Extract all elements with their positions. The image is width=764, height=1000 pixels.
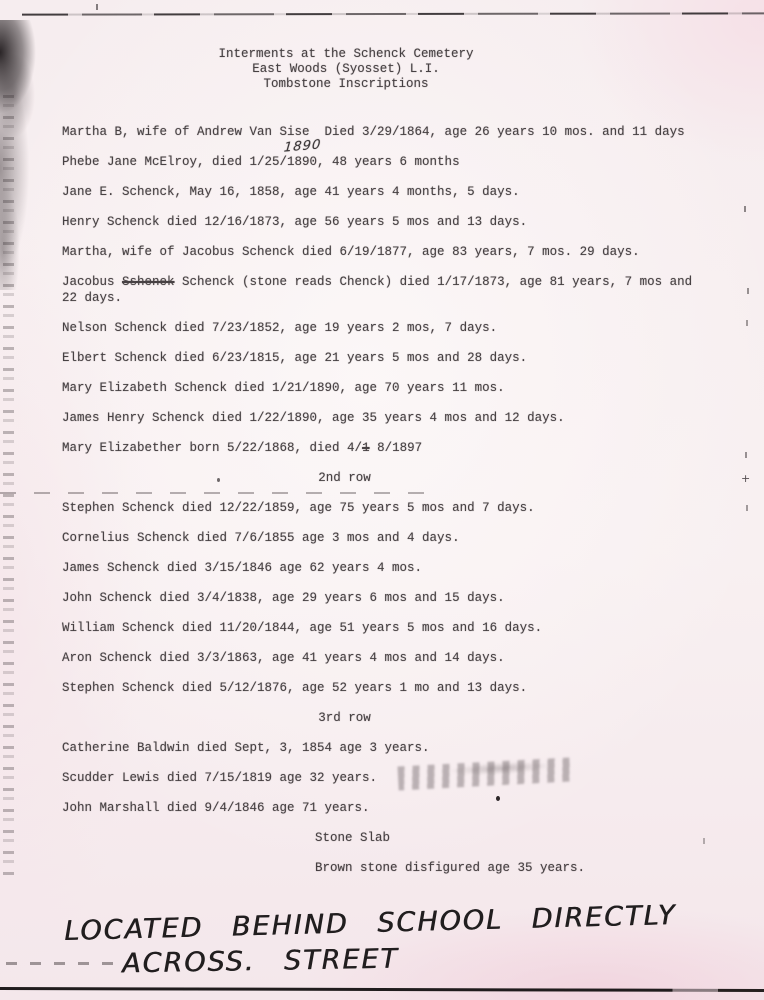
inscription-line: Jane E. Schenck, May 16, 1858, age 41 ye…: [62, 184, 707, 200]
inscription-line: Cornelius Schenck died 7/6/1855 age 3 mo…: [62, 530, 707, 546]
handwritten-note-line-1: LOCATED BEHIND SCHOOL DIRECTLY: [64, 900, 677, 947]
inscription-line: Phebe Jane McElroy, died 1/25/1890, 48 y…: [62, 154, 707, 170]
scan-artifact-plus-mark: +: [741, 472, 750, 485]
inscription-line: Stephen Schenck died 12/22/1859, age 75 …: [62, 500, 707, 516]
inscription-line: Catherine Baldwin died Sept, 3, 1854 age…: [62, 740, 707, 756]
title-line-2: East Woods (Syosset) L.I.: [0, 62, 692, 77]
inscription-line: Mary Elizabeth Schenck died 1/21/1890, a…: [62, 380, 707, 396]
inscription-line: Scudder Lewis died 7/15/1819 age 32 year…: [62, 770, 707, 786]
section-heading: 3rd row: [62, 710, 627, 726]
inscription-line: Elbert Schenck died 6/23/1815, age 21 ye…: [62, 350, 707, 366]
inscription-line: Aron Schenck died 3/3/1863, age 41 years…: [62, 650, 707, 666]
inscription-line: Henry Schenck died 12/16/1873, age 56 ye…: [62, 214, 707, 230]
title-line-3: Tombstone Inscriptions: [0, 77, 692, 92]
inscription-line: James Schenck died 3/15/1846 age 62 year…: [62, 560, 707, 576]
struck-text: 1: [362, 441, 370, 455]
inscription-line: Martha B, wife of Andrew Van Sise Died 3…: [62, 124, 707, 140]
inscription-line: John Marshall died 9/4/1846 age 71 years…: [62, 800, 707, 816]
inscription-line: Brown stone disfigured age 35 years.: [62, 860, 707, 876]
scan-artifact-left-edge-noise: [3, 95, 14, 875]
struck-text: Sshenek: [122, 275, 175, 289]
inscription-line: Nelson Schenck died 7/23/1852, age 19 ye…: [62, 320, 707, 336]
inscription-sections: Martha B, wife of Andrew Van Sise Died 3…: [62, 124, 707, 890]
scan-artifact-bottom-edge-line: [0, 987, 764, 992]
scan-artifact-top-edge-line: [22, 12, 764, 15]
handwritten-note-line-2: ACROSS. STREET: [122, 944, 399, 980]
inscription-line: Stephen Schenck died 5/12/1876, age 52 y…: [62, 680, 707, 696]
scanned-document-page: + Interments at the Schenck CemeteryEast…: [0, 0, 764, 1000]
scan-artifact-left-dashes: [6, 962, 124, 965]
inscription-line: William Schenck died 11/20/1844, age 51 …: [62, 620, 707, 636]
handwritten-correction: 1890: [283, 137, 322, 156]
inscription-line: Martha, wife of Jacobus Schenck died 6/1…: [62, 244, 707, 260]
title-line-1: Interments at the Schenck Cemetery: [0, 47, 692, 62]
inscription-line: James Henry Schenck died 1/22/1890, age …: [62, 410, 707, 426]
inscription-line: John Schenck died 3/4/1838, age 29 years…: [62, 590, 707, 606]
inscription-line: Jacobus Sshenek Schenck (stone reads Che…: [62, 274, 707, 306]
inscription-line: Mary Elizabether born 5/22/1868, died 4/…: [62, 440, 707, 456]
scan-artifact-edge-ticks: [0, 0, 2, 6]
section-heading: Stone Slab: [62, 830, 707, 846]
document-title-block: Interments at the Schenck CemeteryEast W…: [0, 47, 692, 92]
section-heading: 2nd row: [62, 470, 627, 486]
